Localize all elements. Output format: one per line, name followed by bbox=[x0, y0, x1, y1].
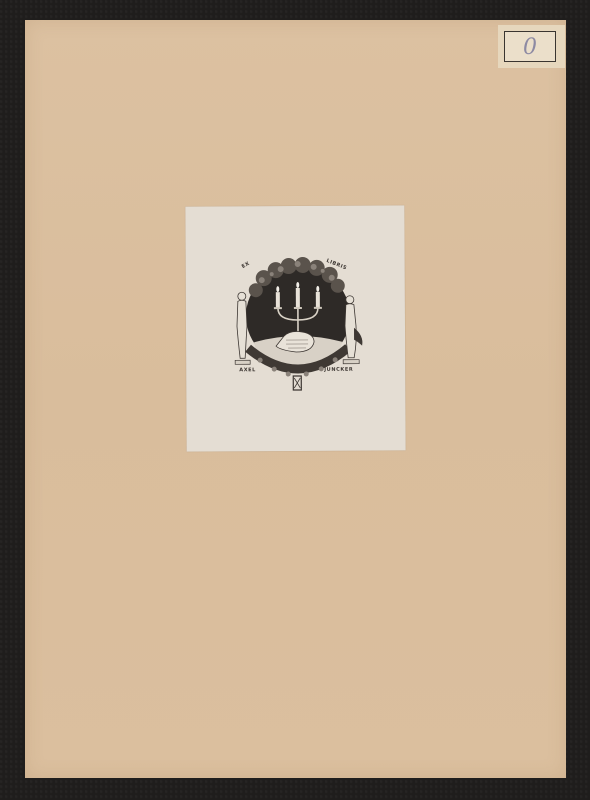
ex-libris-bookplate: EX LIBRIS AXEL JUNCKER bbox=[226, 250, 372, 401]
mounted-print: EX LIBRIS AXEL JUNCKER bbox=[185, 205, 405, 451]
bookplate-illustration-icon bbox=[226, 250, 372, 401]
bookplate-text-first-name: AXEL bbox=[239, 367, 256, 373]
mount-paper-sheet: 0 bbox=[25, 20, 566, 778]
bookplate-text-last-name: JUNCKER bbox=[324, 367, 353, 373]
inventory-label: 0 bbox=[498, 25, 565, 68]
label-number: 0 bbox=[523, 37, 537, 59]
label-frame: 0 bbox=[504, 31, 556, 62]
